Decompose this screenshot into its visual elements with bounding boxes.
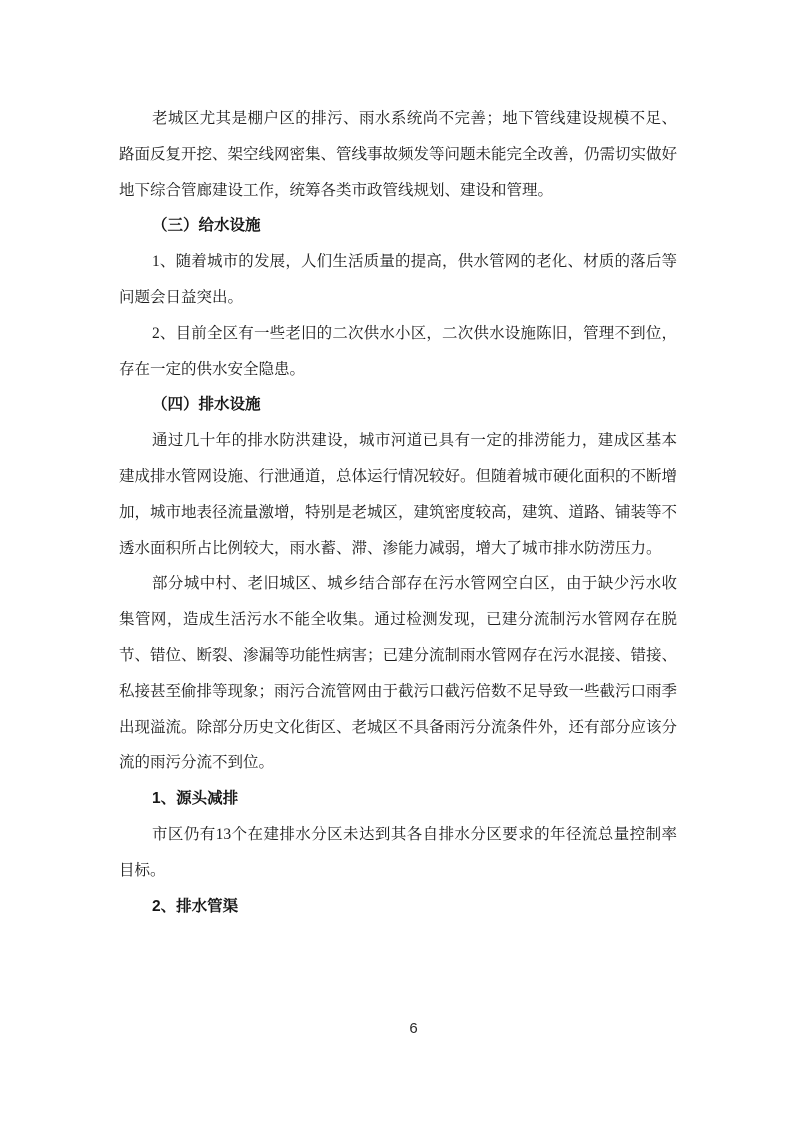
heading-water-supply-facilities: （三）给水设施 — [119, 208, 677, 244]
heading-drainage-channels: 2、排水管渠 — [119, 889, 677, 925]
document-page: 老城区尤其是棚户区的排污、雨水系统尚不完善；地下管线建设规模不足、路面反复开挖、… — [0, 0, 793, 1122]
page-number: 6 — [17, 1020, 793, 1037]
heading-source-reduction: 1、源头减排 — [119, 781, 677, 817]
paragraph-runoff-control-target: 市区仍有13个在建排水分区未达到其各自排水分区要求的年径流总量控制率目标。 — [119, 817, 677, 889]
heading-drainage-facilities: （四）排水设施 — [119, 387, 677, 423]
paragraph-water-supply-aging: 1、随着城市的发展，人们生活质量的提高，供水管网的老化、材质的落后等问题会日益突… — [119, 244, 677, 316]
paragraph-underground-pipelines: 老城区尤其是棚户区的排污、雨水系统尚不完善；地下管线建设规模不足、路面反复开挖、… — [119, 101, 677, 208]
paragraph-drainage-overview: 通过几十年的排水防洪建设，城市河道已具有一定的排涝能力，建成区基本建成排水管网设… — [119, 423, 677, 566]
paragraph-secondary-water-supply: 2、目前全区有一些老旧的二次供水小区，二次供水设施陈旧，管理不到位，存在一定的供… — [119, 316, 677, 388]
document-body: 老城区尤其是棚户区的排污、雨水系统尚不完善；地下管线建设规模不足、路面反复开挖、… — [119, 101, 677, 924]
paragraph-sewage-network-issues: 部分城中村、老旧城区、城乡结合部存在污水管网空白区，由于缺少污水收集管网，造成生… — [119, 566, 677, 781]
